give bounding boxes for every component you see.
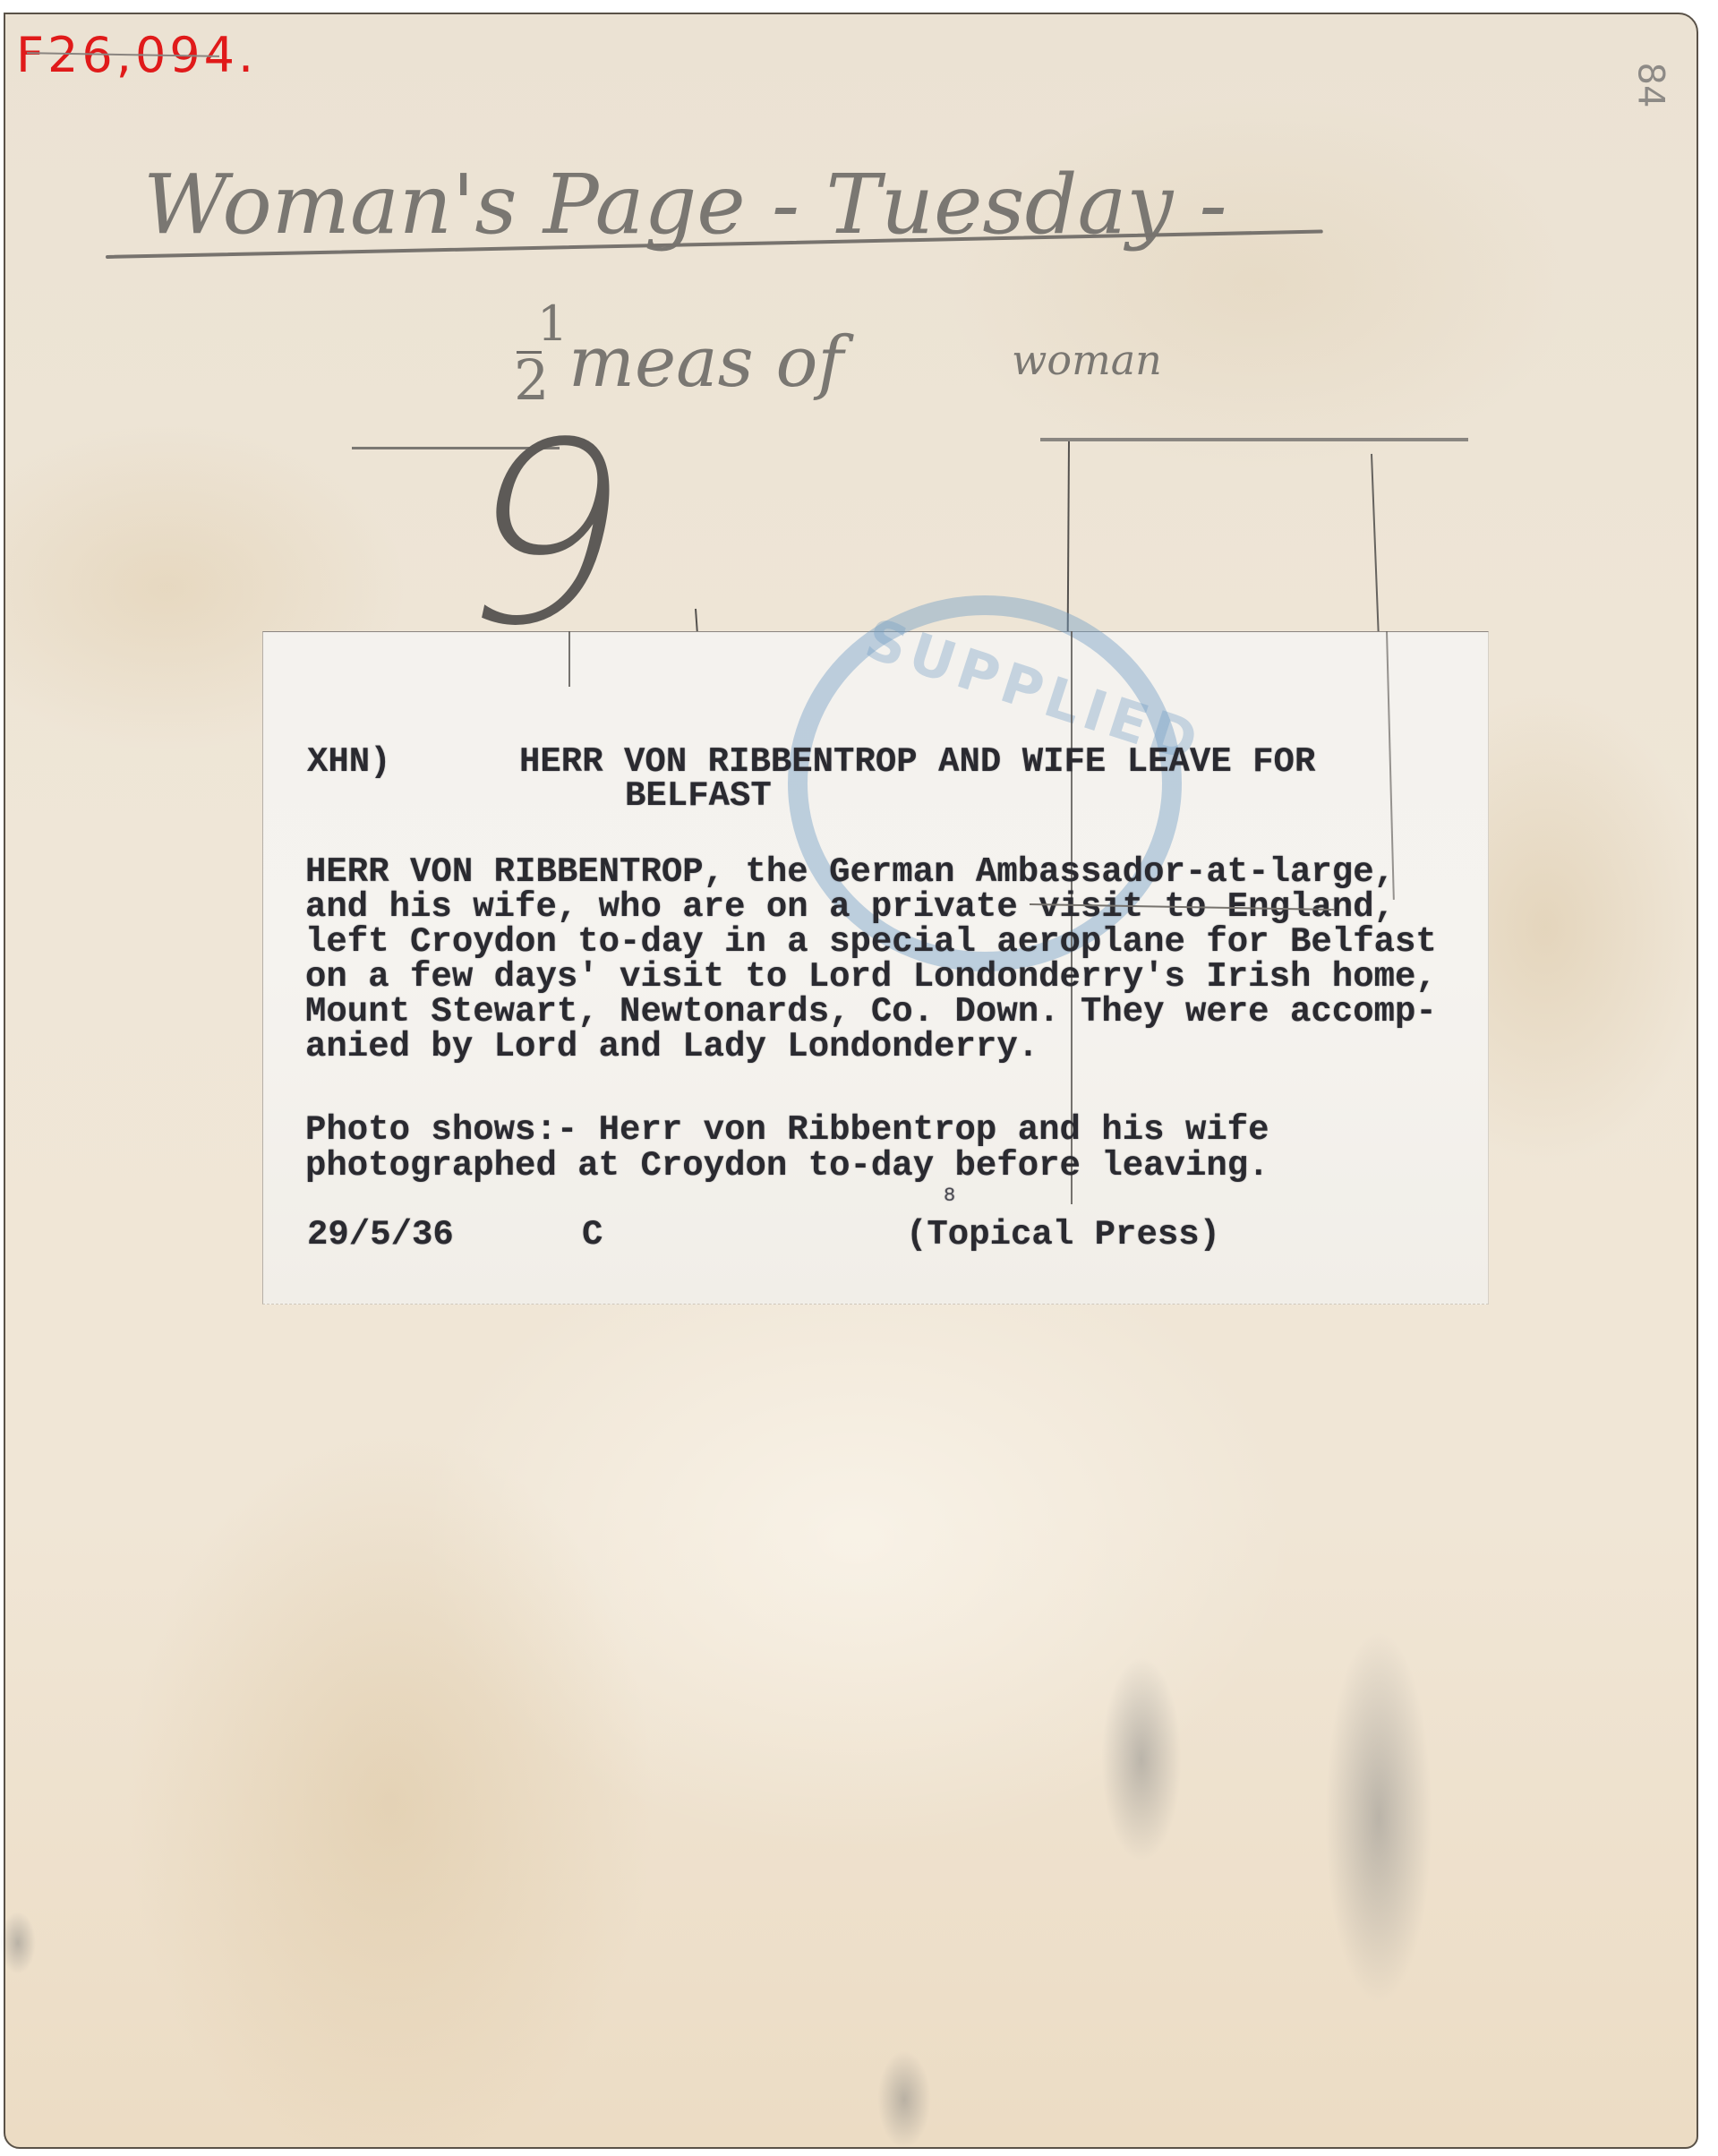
- corner-number: 84: [1629, 63, 1671, 108]
- photo-shows-line: Photo shows:- Herr von Ribbentrop and hi…: [305, 1113, 1269, 1148]
- caption-headline-2: BELFAST: [625, 779, 772, 814]
- caption-body-line: Mount Stewart, Newtonards, Co. Down. The…: [305, 995, 1437, 1030]
- caption-body-line: HERR VON RIBBENTROP, the German Ambassad…: [305, 855, 1395, 890]
- caption-body-line: left Croydon to-day in a special aeropla…: [305, 925, 1437, 960]
- pencil-note-woman: woman: [1012, 336, 1162, 384]
- pencil-big-number-tail: [568, 631, 570, 687]
- pencil-fraction-numerator: 1: [537, 295, 568, 352]
- caption-headline-1: HERR VON RIBBENTROP AND WIFE LEAVE FOR: [519, 745, 1315, 780]
- pencil-crop-line-right: [1040, 438, 1468, 441]
- caption-date: 29/5/36: [307, 1218, 454, 1253]
- pencil-smudge: [1101, 1656, 1182, 1862]
- pencil-smudge: [1325, 1630, 1432, 2006]
- caption-agency: (Topical Press): [906, 1218, 1220, 1253]
- pencil-smudge: [877, 2050, 931, 2149]
- caption-code: XHN): [307, 745, 391, 780]
- caption-superscript: 8: [944, 1186, 955, 1206]
- caption-grade: C: [582, 1218, 603, 1253]
- caption-body-line: on a few days' visit to Lord Londonderry…: [305, 960, 1437, 995]
- pencil-smudge: [0, 1912, 36, 1974]
- caption-body-line: anied by Lord and Lady Londonderry.: [305, 1030, 1038, 1065]
- photo-shows-line: photographed at Croydon to-day before le…: [305, 1149, 1269, 1184]
